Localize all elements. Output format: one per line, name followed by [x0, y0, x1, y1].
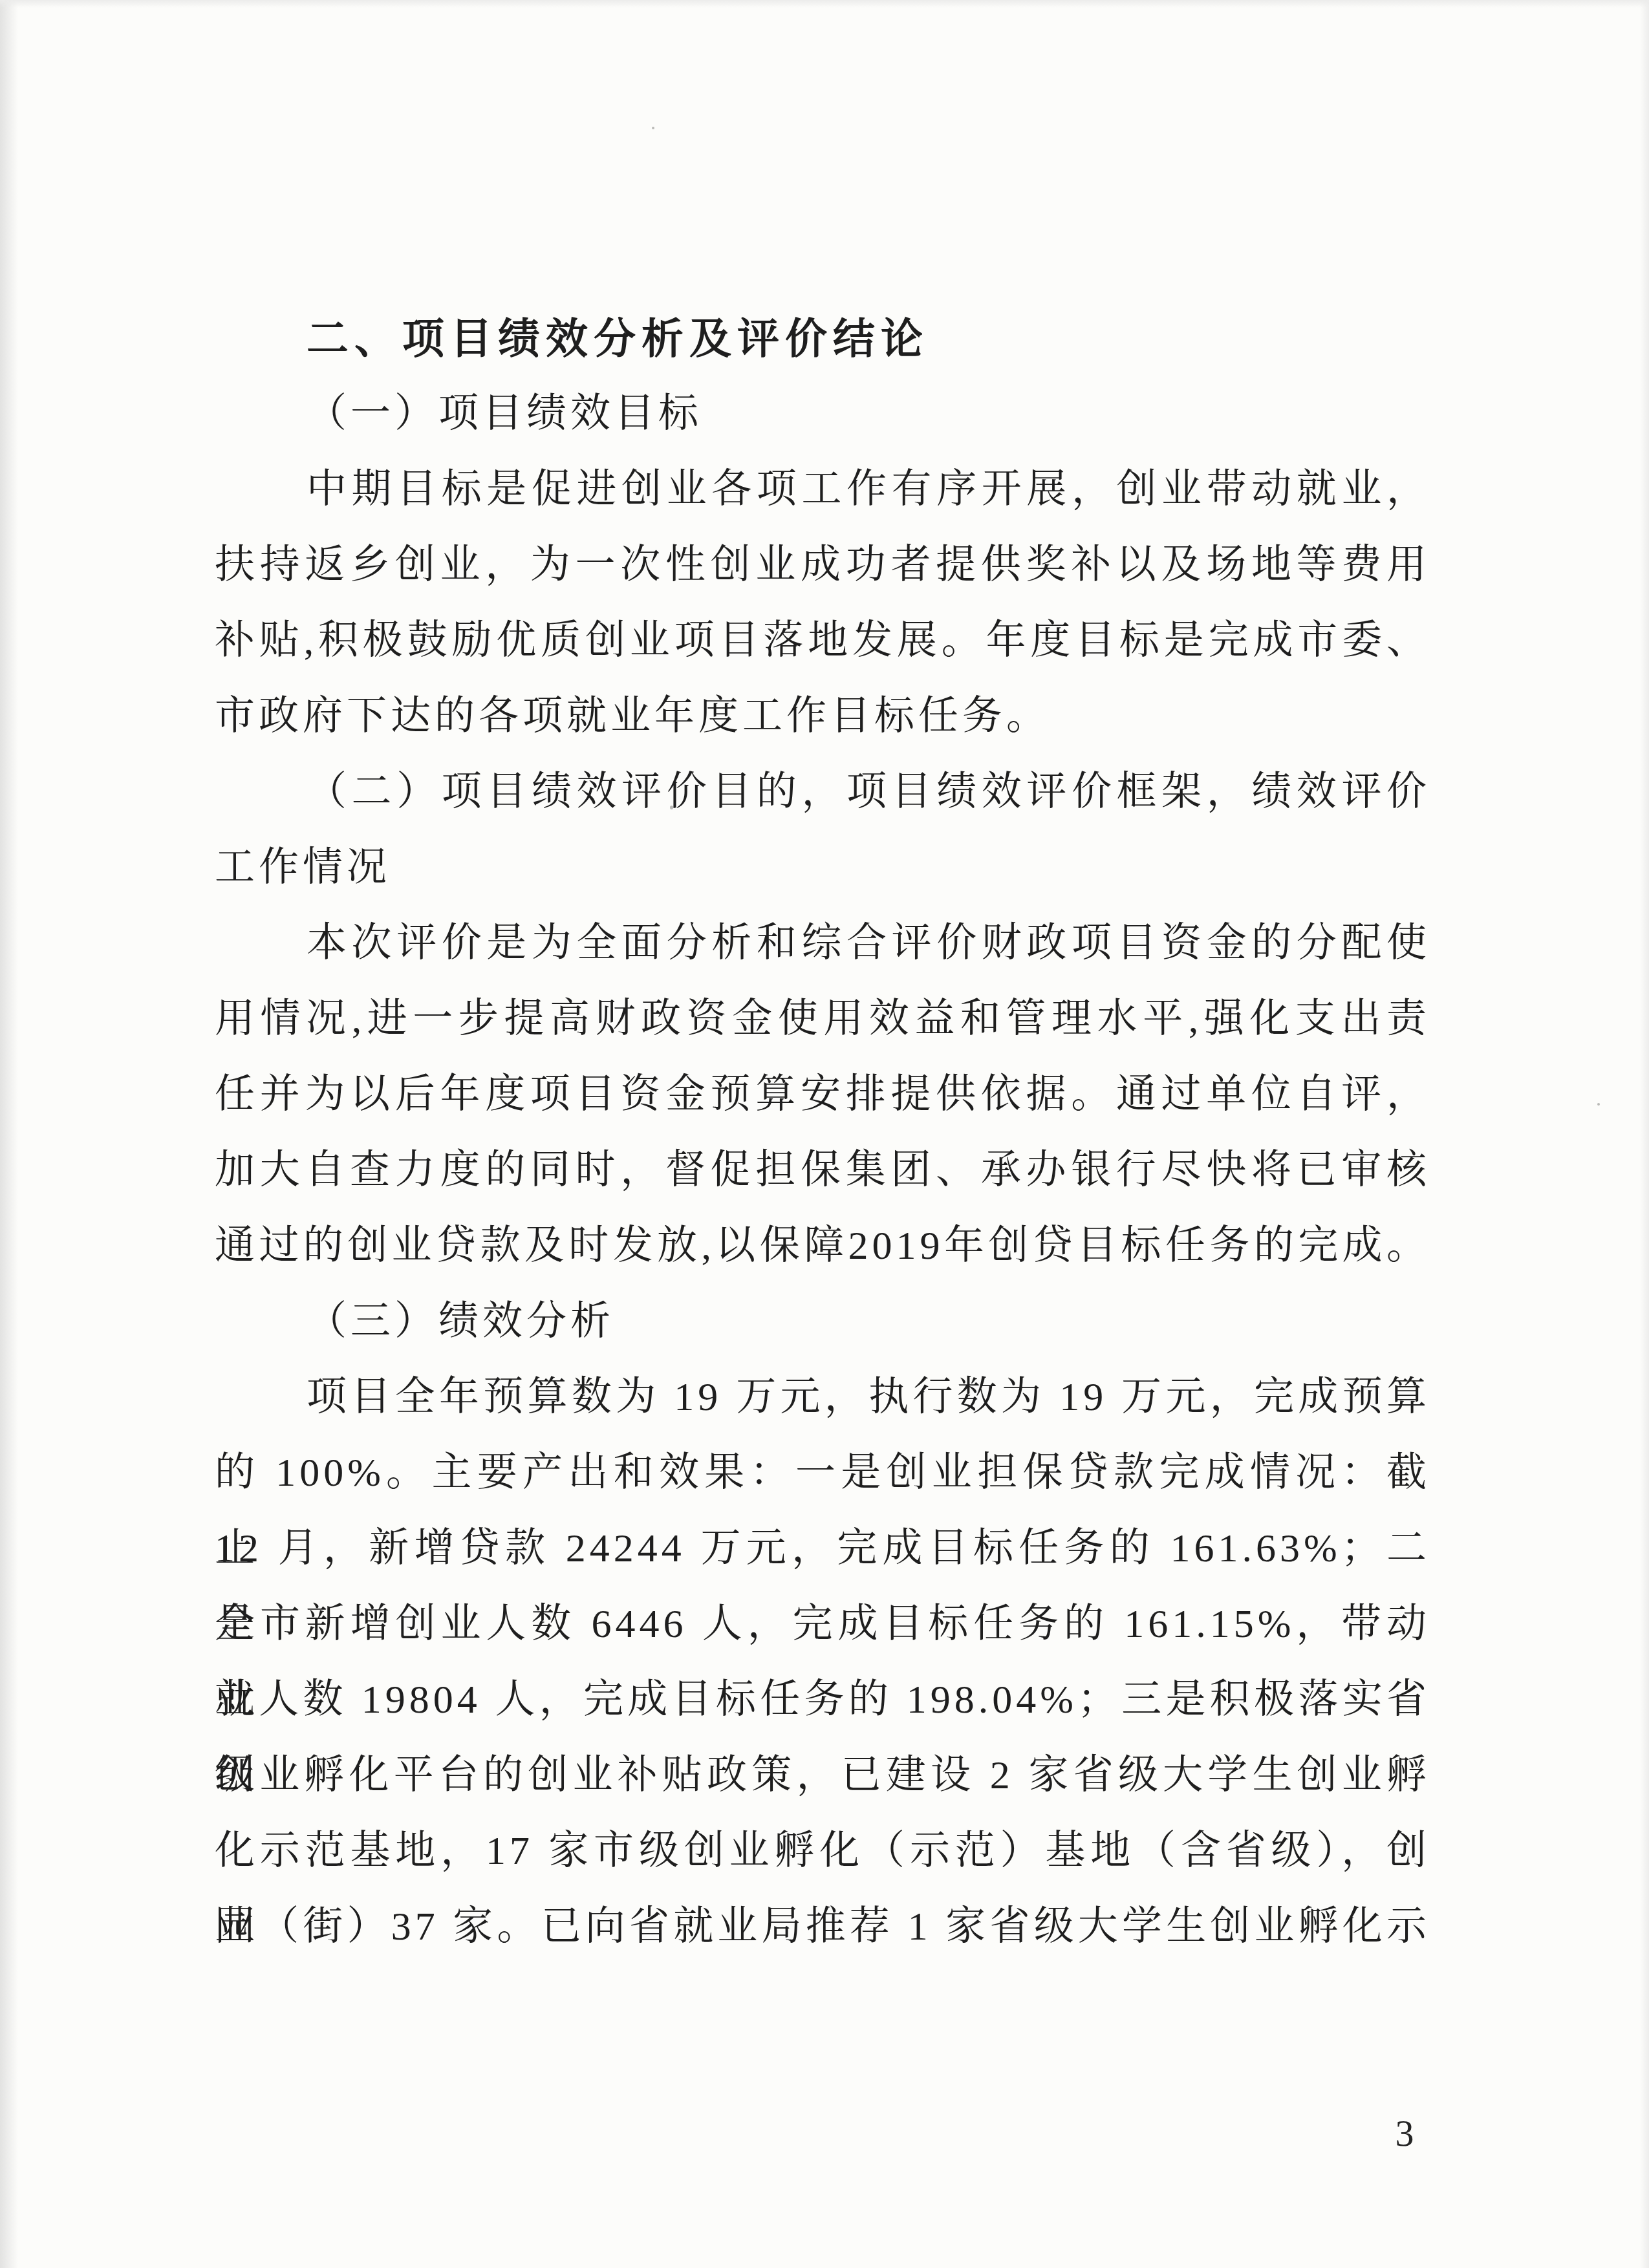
body-line: 12 月，新增贷款 24244 万元，完成目标任务的 161.63%；二是	[215, 1511, 1430, 1587]
body-line: 中期目标是促进创业各项工作有序开展，创业带动就业，	[215, 452, 1430, 528]
body-line: 化示范基地，17 家市级创业孵化（示范）基地（含省级），创业	[215, 1813, 1430, 1889]
body-line: 创业孵化平台的创业补贴政策，已建设 2 家省级大学生创业孵	[215, 1738, 1430, 1813]
scan-edge-top	[0, 0, 1649, 8]
scanned-document-page: 二、项目绩效分析及评价结论 （一）项目绩效目标 中期目标是促进创业各项工作有序开…	[0, 0, 1649, 2268]
body-line: 加大自查力度的同时，督促担保集团、承办银行尽快将已审核	[215, 1133, 1430, 1208]
subsection-heading-2-continued: 工作情况	[215, 830, 1430, 906]
scan-edge-right	[1640, 0, 1649, 2268]
body-line: 业人数 19804 人，完成目标任务的 198.04%；三是积极落实省级	[215, 1662, 1430, 1738]
subsection-heading-3: （三）绩效分析	[215, 1284, 1430, 1360]
scan-speck	[1597, 1103, 1600, 1106]
body-line: 全市新增创业人数 6446 人，完成目标任务的 161.15%，带动就	[215, 1587, 1430, 1662]
subsection-heading-2: （二）项目绩效评价目的，项目绩效评价框架，绩效评价	[215, 754, 1430, 830]
subsection-heading-1: （一）项目绩效目标	[215, 376, 1430, 452]
body-line: 任并为以后年度项目资金预算安排提供依据。通过单位自评，	[215, 1057, 1430, 1133]
body-line: 本次评价是为全面分析和综合评价财政项目资金的分配使	[215, 906, 1430, 981]
body-line: 的 100%。主要产出和效果：一是创业担保贷款完成情况：截止	[215, 1435, 1430, 1511]
scan-edge-left	[0, 0, 18, 2268]
section-heading: 二、项目绩效分析及评价结论	[215, 301, 1430, 376]
document-body: 二、项目绩效分析及评价结论 （一）项目绩效目标 中期目标是促进创业各项工作有序开…	[215, 301, 1430, 1965]
body-line: 通过的创业贷款及时发放,以保障2019年创贷目标任务的完成。	[215, 1208, 1430, 1284]
body-line: 市政府下达的各项就业年度工作目标任务。	[215, 679, 1430, 754]
body-line: 补贴,积极鼓励优质创业项目落地发展。年度目标是完成市委、	[215, 603, 1430, 679]
body-line: 项目全年预算数为 19 万元，执行数为 19 万元，完成预算	[215, 1360, 1430, 1435]
body-line: 园（街）37 家。已向省就业局推荐 1 家省级大学生创业孵化示	[215, 1889, 1430, 1965]
body-line: 用情况,进一步提高财政资金使用效益和管理水平,强化支出责	[215, 981, 1430, 1057]
scan-speck	[652, 127, 654, 129]
body-line: 扶持返乡创业，为一次性创业成功者提供奖补以及场地等费用	[215, 528, 1430, 603]
page-number: 3	[1366, 2102, 1443, 2165]
